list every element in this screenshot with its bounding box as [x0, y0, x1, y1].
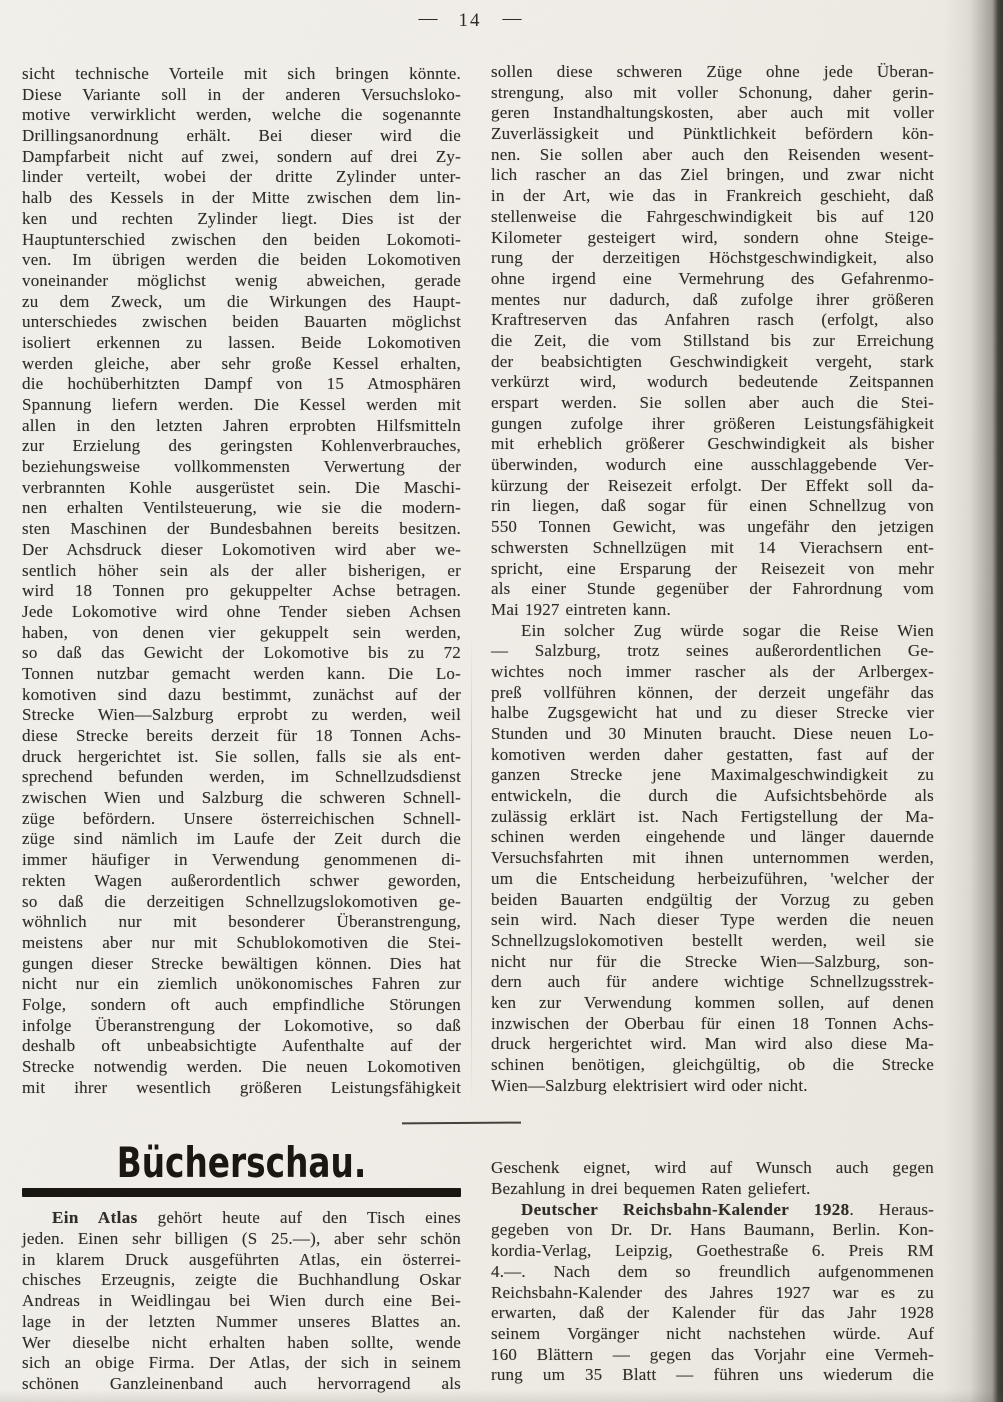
- text-line: haben, von denen vier gekuppelt sein wer…: [22, 623, 461, 644]
- text-line: inzwischen der Oberbau für einen 18 Tonn…: [491, 1014, 934, 1035]
- text-line: als einer Stunde gegenüber der Fahrordnu…: [491, 579, 934, 600]
- text-line: sollen diese schweren Züge ohne jede Übe…: [491, 62, 934, 83]
- text-line: allen in den letzten Jahren erprobten Hi…: [22, 416, 461, 437]
- text-line: Geschenk eignet, wird auf Wunsch auch ge…: [491, 1158, 934, 1179]
- text-line: halbe Zugsgewicht hat und zu dieser Stre…: [491, 703, 934, 724]
- page-fold-line: [471, 630, 472, 1110]
- text-line: nen erhalten Ventilsteuerung, wie sie di…: [22, 498, 461, 519]
- text-line: in der Art, wie das in Frankreich geschi…: [491, 186, 934, 207]
- text-line: unterschiedes zwischen beiden Bauarten m…: [22, 312, 461, 333]
- text-line: sein wird. Nach dieser Type werden die n…: [491, 910, 934, 931]
- text-line: Jede Lokomotive wird ohne Tender sieben …: [22, 602, 461, 623]
- text-line: sprechend befunden werden, im Schnellzud…: [22, 767, 461, 788]
- text-line: druck hergerichtet wird. Man wird also d…: [491, 1034, 934, 1055]
- text-line: Hauptunterschied zwischen den beiden Lok…: [22, 230, 461, 251]
- scanned-journal-page: —14— sicht technische Vorteile mit sich …: [0, 0, 1003, 1402]
- text-line: Deutscher Reichsbahn-Kalender 1928. Hera…: [491, 1200, 934, 1221]
- text-line: ohne irgend eine Vermehrung des Gefahren…: [491, 269, 934, 290]
- scan-bottom-shadow: [0, 1390, 1003, 1402]
- text-line: Wer dieselbe nicht erhalten haben sollte…: [22, 1333, 461, 1354]
- text-line: geren Instandhaltungskosten, aber auch m…: [491, 103, 934, 124]
- text-line: Wien—Salzburg elektrisiert wird oder nic…: [491, 1076, 934, 1097]
- text-line: Andreas in Weidlingau bei Wien durch ein…: [22, 1291, 461, 1312]
- header-dash-left: —: [419, 8, 438, 30]
- text-line: seinem Vorgänger nicht nachstehen würde.…: [491, 1324, 934, 1345]
- page-header: —14—: [0, 10, 940, 32]
- text-line: mit ihrer wesentlich größeren Leistungsf…: [22, 1078, 461, 1099]
- text-line: beziehungsweise vollkommensten Verwertun…: [22, 457, 461, 478]
- scan-edge-shadow: [943, 0, 1003, 1402]
- text-line: schinen werden eingehende und länger dau…: [491, 827, 934, 848]
- text-line: Bezahlung in drei bequemen Raten geliefe…: [491, 1179, 934, 1200]
- text-line: rung der derzeitigen Höchstgeschwindigke…: [491, 248, 934, 269]
- text-line: sicht technische Vorteile mit sich bring…: [22, 64, 461, 85]
- text-line: voneinander möglichst wenig abweichen, g…: [22, 271, 461, 292]
- text-line: 4.—. Nach dem so freundlich aufgenommene…: [491, 1262, 934, 1283]
- text-line: verkürzt wird, wodurch bedeutende Zeitsp…: [491, 372, 934, 393]
- text-line: komotiven sind dazu bestimmt, zunächst a…: [22, 685, 461, 706]
- text-line: spricht, eine Ersparung der Reisezeit vo…: [491, 559, 934, 580]
- text-line: Reichsbahn-Kalender des Jahres 1927 war …: [491, 1283, 934, 1304]
- text-line: gegeben von Dr. Dr. Hans Baumann, Berlin…: [491, 1220, 934, 1241]
- text-line: zulässig erklärt ist. Nach Fertigstellun…: [491, 807, 934, 828]
- text-line: schinen benötigen, gleichgültig, ob die …: [491, 1055, 934, 1076]
- book-review-text-left: Ein Atlas gehört heute auf den Tisch ein…: [22, 1208, 461, 1394]
- text-line: preß vollführen können, der derzeit unge…: [491, 683, 934, 704]
- text-line: diese Strecke bereits derzeit für 18 Ton…: [22, 726, 461, 747]
- text-line: Schnellzugslokomotiven bestellt werden, …: [491, 931, 934, 952]
- text-line: Dampfarbeit nicht auf zwei, sondern auf …: [22, 147, 461, 168]
- text-line: mit erheblich größerer Geschwindigkeit a…: [491, 434, 934, 455]
- text-line: um die Entscheidung herbeizuführen, 'wel…: [491, 869, 934, 890]
- text-line: ken und rechten Zylinder liegt. Dies ist…: [22, 209, 461, 230]
- text-line: sentlich höher sein als der aller bisher…: [22, 561, 461, 582]
- text-line: Spannung liefern werden. Die Kessel werd…: [22, 395, 461, 416]
- text-line: halb des Kessels in der Mitte zwischen d…: [22, 188, 461, 209]
- text-line: rung um 35 Blatt — führen uns wiederum d…: [491, 1365, 934, 1386]
- text-line: mentes nur dadurch, daß zufolge ihrer gr…: [491, 290, 934, 311]
- heading-underline-bar: [22, 1188, 461, 1197]
- text-line: wird 18 Tonnen pro gekuppelter Achse bet…: [22, 581, 461, 602]
- text-line: strengung, also mit voller Schonung, dah…: [491, 83, 934, 104]
- text-line: züge sind nämlich im Laufe der Zeit durc…: [22, 829, 461, 850]
- text-line: züge befördern. Unsere österreichischen …: [22, 809, 461, 830]
- text-line: kordia-Verlag, Leipzig, Goethestraße 6. …: [491, 1241, 934, 1262]
- text-line: rekten Wagen außerordentlich schwer gewo…: [22, 871, 461, 892]
- text-line: motive verwirklicht werden, welche die s…: [22, 105, 461, 126]
- text-line: chisches Erzeugnis, zeigte die Buchhandl…: [22, 1270, 461, 1291]
- text-line: deshalb oft unbeabsichtigte Aufenthalte …: [22, 1036, 461, 1057]
- text-line: meistens aber nur mit Schublokomotiven d…: [22, 933, 461, 954]
- text-line: rin liegen, daß sogar für einen Schnellz…: [491, 496, 934, 517]
- text-line: Strecke Wien—Salzburg erprobt zu werden,…: [22, 705, 461, 726]
- text-line: druck hergerichtet ist. Sie sollen, fall…: [22, 747, 461, 768]
- article-text-left: sicht technische Vorteile mit sich bring…: [22, 64, 461, 1098]
- text-line: nen. Sie sollen aber auch den Reisenden …: [491, 145, 934, 166]
- text-line: Ein Atlas gehört heute auf den Tisch ein…: [22, 1208, 461, 1229]
- text-line: linder verteilt, wobei der dritte Zylind…: [22, 167, 461, 188]
- text-line: Zuverlässigkeit und Pünktlichkeit beförd…: [491, 124, 934, 145]
- text-line: erspart werden. Sie sollen aber auch die…: [491, 393, 934, 414]
- text-line: komotiven werden daher gestatten, fast a…: [491, 745, 934, 766]
- text-line: die hochüberhitzten Dampf von 15 Atmosph…: [22, 374, 461, 395]
- text-line: stellenweise die Fahrgeschwindigkeit bis…: [491, 207, 934, 228]
- text-line: erwarten, daß der Kalender für das Jahr …: [491, 1303, 934, 1324]
- text-line: verbrannten Kohle ausgerüstet sein. Die …: [22, 478, 461, 499]
- text-line: Versuchsfahrten mit ihnen unternommen we…: [491, 848, 934, 869]
- text-line: nicht nur ein ziemlich unökonomisches Fa…: [22, 974, 461, 995]
- text-line: immer häufiger in Verwendung genommenen …: [22, 850, 461, 871]
- text-line: — Salzburg, trotz seines außerordentlich…: [491, 641, 934, 662]
- text-line: ken zur Verwendung kommen sollen, auf de…: [491, 993, 934, 1014]
- text-line: Kilometer gesteigert wird, sondern ohne …: [491, 228, 934, 249]
- text-line: Tonnen nutzbar gemacht werden kann. Die …: [22, 664, 461, 685]
- text-line: ganzen Strecke jene Maximalgeschwindigke…: [491, 765, 934, 786]
- text-line: die Zeit, die vom Stillstand bis zur Err…: [491, 331, 934, 352]
- text-line: Der Achsdruck dieser Lokomotiven wird ab…: [22, 540, 461, 561]
- text-line: wichtes noch immer rascher als der Arlbe…: [491, 662, 934, 683]
- text-line: nicht nur für die Strecke Wien—Salzburg,…: [491, 952, 934, 973]
- text-line: schwersten Schnellzügen mit 14 Vierachse…: [491, 538, 934, 559]
- text-line: Ein solcher Zug würde sogar die Reise Wi…: [491, 621, 934, 642]
- text-line: so daß die derzeitigen Schnellzugslokomo…: [22, 892, 461, 913]
- text-line: kürzung der Reisezeit erfolgt. Der Effek…: [491, 476, 934, 497]
- text-line: zur Erzielung des geringsten Kohlenverbr…: [22, 436, 461, 457]
- text-line: ven. Im übrigen werden die beiden Lokomo…: [22, 250, 461, 271]
- left-column: sicht technische Vorteile mit sich bring…: [22, 64, 461, 1395]
- text-line: dern auch für andere wichtige Schnellzug…: [491, 972, 934, 993]
- text-line: in klarem Druck ausgeführten Atlas, ein …: [22, 1250, 461, 1271]
- text-line: lich rascher an das Ziel bringen, und zw…: [491, 165, 934, 186]
- text-line: beiden Bauarten endgültig der Vorzug zu …: [491, 890, 934, 911]
- text-line: werden gleiche, aber sehr große Kessel e…: [22, 354, 461, 375]
- text-line: gungen dieser Strecke bewältigen können.…: [22, 954, 461, 975]
- right-column: sollen diese schweren Züge ohne jede Übe…: [491, 62, 934, 1386]
- text-line: lage in der letzten Nummer unseres Blatt…: [22, 1312, 461, 1333]
- text-line: zwischen Wien und Salzburg die schweren …: [22, 788, 461, 809]
- header-dash-right: —: [503, 8, 522, 30]
- text-line: gungen zufolge ihrer größeren Leistungsf…: [491, 414, 934, 435]
- text-line: sten Maschinen der Bundesbahnen bereits …: [22, 519, 461, 540]
- text-line: so daß das Gewicht der Lokomotive bis zu…: [22, 643, 461, 664]
- buecherschau-heading: Bücherschau.: [70, 1144, 412, 1182]
- text-line: zu dem Zweck, um die Wirkungen des Haupt…: [22, 292, 461, 313]
- text-line: Kraftreserven das Anfahren rasch (erfolg…: [491, 310, 934, 331]
- page-number: 14: [459, 10, 482, 32]
- article-text-right: sollen diese schweren Züge ohne jede Übe…: [491, 62, 934, 1096]
- text-line: überwinden, wodurch eine ausschlaggebend…: [491, 455, 934, 476]
- text-line: wöhnlich nur mit besonderer Überanstreng…: [22, 912, 461, 933]
- text-line: Stunden und 30 Minuten braucht. Diese ne…: [491, 724, 934, 745]
- text-line: Mai 1927 eintreten kann.: [491, 600, 934, 621]
- text-line: entwickeln, die durch die Aufsichtsbehör…: [491, 786, 934, 807]
- text-line: Diese Variante soll in der anderen Versu…: [22, 85, 461, 106]
- text-line: 550 Tonnen Gewicht, was ungefähr den jet…: [491, 517, 934, 538]
- text-line: Strecke notwendig werden. Die neuen Loko…: [22, 1057, 461, 1078]
- text-line: sich an obige Firma. Der Atlas, der sich…: [22, 1353, 461, 1374]
- book-review-text-right: Geschenk eignet, wird auf Wunsch auch ge…: [491, 1158, 934, 1386]
- text-line: der beabsichtigten Geschwindigkeit verge…: [491, 352, 934, 373]
- text-line: isoliert erkennen zu lassen. Beide Lokom…: [22, 333, 461, 354]
- text-line: 160 Blättern — gegen das Vorjahr eine Ve…: [491, 1345, 934, 1366]
- text-line: jeden. Einen sehr billigen (S 25.—), abe…: [22, 1229, 461, 1250]
- text-line: Folge, sondern oft auch empfindliche Stö…: [22, 995, 461, 1016]
- text-line: Drillingsanordnung erhält. Bei dieser wi…: [22, 126, 461, 147]
- text-line: infolge Überanstrengung der Lokomotive, …: [22, 1016, 461, 1037]
